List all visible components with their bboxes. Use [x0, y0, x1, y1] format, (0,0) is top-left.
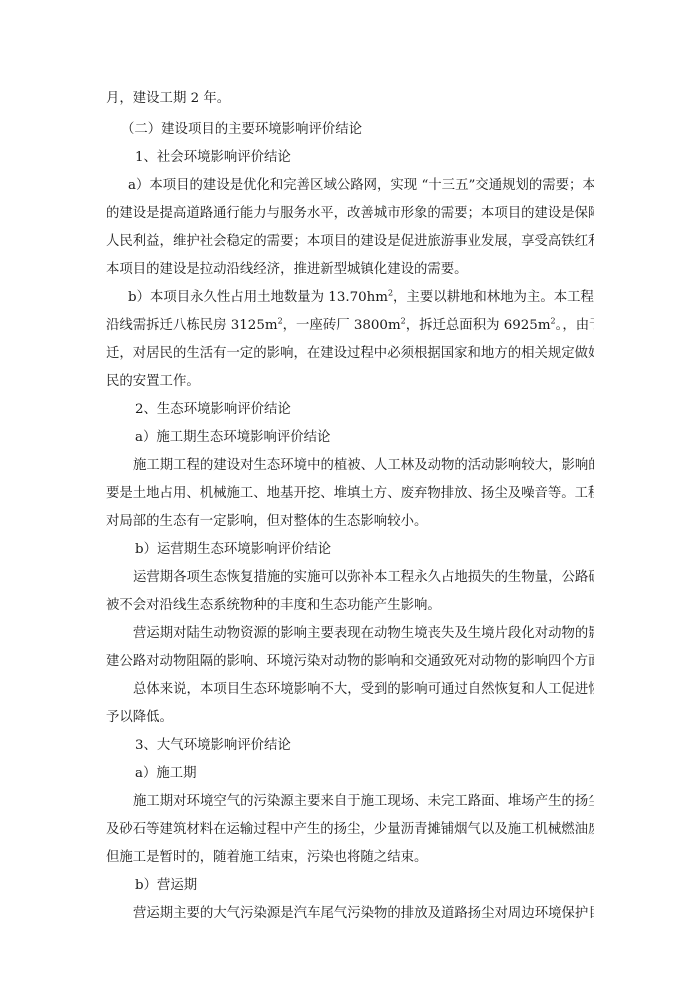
- item-heading-construction-air: a）施工期: [135, 765, 594, 783]
- paragraph-b-line-2: 沿线需拆迁八栋民房 3125m2，一座砖厂 3800m2，拆迁总面积为 6925…: [106, 317, 594, 335]
- text-segment: ，主要以耕地和林地为主。本工程推荐方案: [393, 290, 594, 305]
- section-heading-2: （二）建设项目的主要环境影响评价结论: [121, 121, 580, 139]
- paragraph-air-construction-line-2: 及砂石等建筑材料在运输过程中产生的扬尘，少量沥青摊铺烟气以及施工机械燃油废气等。: [106, 821, 594, 839]
- subsection-heading-air: 3、大气环境影响评价结论: [135, 737, 594, 755]
- item-heading-operation-air: b）营运期: [135, 877, 594, 895]
- paragraph-a-line-4: 本项目的建设是拉动沿线经济，推进新型城镇化建设的需要。: [106, 261, 594, 279]
- paragraph-wildlife-line-2: 建公路对动物阻隔的影响、环境污染对动物的影响和交通致死对动物的影响四个方面。: [106, 653, 594, 671]
- document-page: 月，建设工期 2 年。 （二）建设项目的主要环境影响评价结论 1、社会环境影响评…: [0, 0, 700, 990]
- paragraph-wildlife-line-1: 营运期对陆生动物资源的影响主要表现在动物生境丧失及生境片段化对动物的影响、拟: [133, 625, 594, 643]
- subsection-heading-ecology: 2、生态环境影响评价结论: [135, 401, 594, 419]
- paragraph-summary-line-2: 予以降低。: [106, 709, 594, 727]
- paragraph-b-line-1: b）本项目永久性占用土地数量为 13.70hm2，主要以耕地和林地为主。本工程推…: [128, 289, 594, 307]
- item-heading-construction-ecology: a）施工期生态环境影响评价结论: [135, 429, 594, 447]
- text-line-continuation: 月，建设工期 2 年。: [106, 90, 594, 108]
- paragraph-construction-line-1: 施工期工程的建设对生态环境中的植被、人工林及动物的活动影响较大，影响的因素主: [133, 457, 594, 475]
- text-segment: ，一座砖厂 3800m: [283, 318, 401, 333]
- paragraph-operation-line-2: 被不会对沿线生态系统物种的丰度和生态功能产生影响。: [106, 597, 594, 615]
- paragraph-air-construction-line-1: 施工期对环境空气的污染源主要来自于施工现场、未完工路面、堆场产生的扬尘，水泥: [133, 793, 594, 811]
- item-heading-operation-ecology: b）运营期生态环境影响评价结论: [135, 541, 594, 559]
- paragraph-operation-line-1: 运营期各项生态恢复措施的实施可以弥补本工程永久占地损失的生物量，公路破坏的植: [133, 569, 594, 587]
- text-segment: b）本项目永久性占用土地数量为 13.70hm: [128, 290, 388, 305]
- paragraph-summary-line-1: 总体来说，本项目生态环境影响不大，受到的影响可通过自然恢复和人工促进恢复重建: [133, 681, 594, 699]
- paragraph-a-line-1: a）本项目的建设是优化和完善区域公路网，实现 “十三五”交通规划的需要；本项目: [128, 177, 594, 195]
- paragraph-b-line-4: 民的安置工作。: [106, 373, 594, 391]
- text-segment: ，拆迁总面积为 6925m: [406, 318, 551, 333]
- text-segment: 沿线需拆迁八栋民房 3125m: [106, 318, 278, 333]
- paragraph-construction-line-3: 对局部的生态有一定影响，但对整体的生态影响较小。: [106, 513, 594, 531]
- paragraph-a-line-2: 的建设是提高道路通行能力与服务水平，改善城市形象的需要；本项目的建设是保障冷水江: [106, 205, 594, 223]
- paragraph-air-construction-line-3: 但施工是暂时的，随着施工结束，污染也将随之结束。: [106, 849, 594, 867]
- paragraph-b-line-3: 迁，对居民的生活有一定的影响，在建设过程中必须根据国家和地方的相关规定做好拆迁居: [106, 345, 594, 363]
- subsection-heading-social: 1、社会环境影响评价结论: [135, 149, 594, 167]
- paragraph-air-operation-line-1: 营运期主要的大气污染源是汽车尾气污染物的排放及道路扬尘对周边环境保护目标的: [133, 905, 594, 923]
- text-segment: 。，由于涉及征地拆: [556, 318, 594, 333]
- paragraph-a-line-3: 人民利益，维护社会稳定的需要；本项目的建设是促进旅游事业发展，享受高铁红利的需要…: [106, 233, 594, 251]
- paragraph-construction-line-2: 要是土地占用、机械施工、地基开挖、堆填土方、废弃物排放、扬尘及噪音等。工程的建设: [106, 485, 594, 503]
